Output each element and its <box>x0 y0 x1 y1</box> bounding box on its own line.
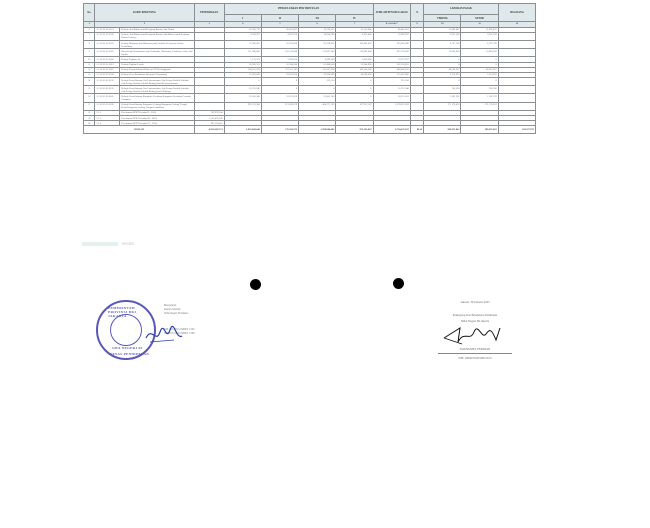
header-pengeluaran-triwulan: PENGELUARAN PER TRIWULAN <box>224 4 373 15</box>
cell-persen <box>410 32 423 40</box>
total-setor: 289,471,863 <box>461 126 498 133</box>
cell-persen <box>410 78 423 86</box>
cell-penerimaan <box>194 40 224 48</box>
cell-t1: 16,235,940 <box>224 86 261 94</box>
cell-penerimaan <box>194 86 224 94</box>
row-number: 7 <box>84 32 95 40</box>
kode-rekening: 5.1.02.01.01.0036 <box>95 32 120 40</box>
header-kode-rekening: KODE REKENING <box>95 4 194 22</box>
cell-t3: 404,271,136 <box>299 102 336 110</box>
header-setor: SETOR <box>461 15 498 22</box>
header-triwulan-2: II <box>261 15 298 22</box>
realisasi-table: No. KODE REKENING PENERIMAAN PENGELUARAN… <box>83 3 536 134</box>
signer-role: Pemegang Kas Bendahara Pembantu <box>430 313 520 317</box>
row-number: 16 <box>84 94 95 102</box>
footer-date: 30.01.2025 <box>122 243 134 246</box>
cell-t2: 0 <box>261 78 298 86</box>
cell-t4: 0 <box>336 86 373 94</box>
kode-rekening: 5.1.02.02.01.0003 <box>95 49 120 57</box>
cell-setor: 8,797,198 <box>461 40 498 48</box>
signer-school: SMA Negeri 69 Jakarta <box>430 319 520 323</box>
header-triwulan-3: III <box>299 15 336 22</box>
punch-hole-right <box>393 278 404 289</box>
table-row: 75.1.02.01.01.0036Belanja Alat/Bahan unt… <box>84 32 536 40</box>
cell-t1: 111,640,000 <box>224 49 261 57</box>
total-persen: 96.26 <box>410 126 423 133</box>
cell-t4: 0 <box>336 78 373 86</box>
cell-sisa <box>498 86 535 94</box>
kode-rekening: 5.1.02.05.02.0405 <box>95 94 120 102</box>
cell-t4: 210,982,000 <box>336 49 373 57</box>
cell-t2: 41,796,090 <box>261 40 298 48</box>
cell-sisa <box>498 102 535 110</box>
cell-t1: 22,841,300 <box>224 94 261 102</box>
document-page: No. KODE REKENING PENERIMAAN PENGELUARAN… <box>0 0 650 528</box>
cell-setor: 0 <box>461 78 498 86</box>
uraian: Belanja Pemeliharaan Alat Laboratorium-A… <box>120 86 194 94</box>
cell-jumlah: 16,235,940 <box>373 86 410 94</box>
uraian: Belanja Pemeliharaan Bangunan Gedung-Ban… <box>120 102 194 110</box>
cell-t3: 93,278,895 <box>299 40 336 48</box>
total-penerimaan: 4,914,382,721 <box>194 126 224 133</box>
cell-penerimaan <box>194 94 224 102</box>
cell-t2: 4,023,970 <box>261 32 298 40</box>
cell-jumlah: 1,678,612,302 <box>373 102 410 110</box>
uraian: Belanja Pemeliharaan Alat Laboratorium-A… <box>120 78 194 86</box>
cell-t1: 993,332,960 <box>224 102 261 110</box>
cell-sisa <box>498 94 535 102</box>
signature-block-left: PEMERINTAH PROVINSI DKI JAKARTA SMA NEGE… <box>96 292 216 372</box>
header-sisa-dana: SISA DANA <box>498 4 535 22</box>
signature-left-icon <box>144 322 184 348</box>
cell-sisa <box>498 78 535 86</box>
cell-jumlah: 632,729,200 <box>373 49 410 57</box>
cell-t2: 103,210,000 <box>261 49 298 57</box>
signature-right-icon <box>440 324 510 346</box>
cell-sisa <box>498 49 535 57</box>
header-terima: TERIMA <box>424 15 461 22</box>
cell-jumlah: 325,650 <box>373 78 410 86</box>
cell-t2: 113,096,079 <box>261 102 298 110</box>
row-number: 8 <box>84 40 95 48</box>
table-body: 65.1.02.01.01.0031Belanja Alat/Bahan unt… <box>84 27 536 126</box>
table-row: 145.1.02.05.02.0216Belanja Pemeliharaan … <box>84 78 536 86</box>
total-t2: 735,356,573 <box>261 126 298 133</box>
cell-t3: 10,628,290 <box>299 32 336 40</box>
uraian: Honorarium Narasumber atau Pembahas, Mod… <box>120 49 194 57</box>
cell-t2: 0 <box>261 86 298 94</box>
cell-terima: 706,590 <box>424 86 461 94</box>
header-triwulan-4: IV <box>336 15 373 22</box>
cell-setor: 13,066,650 <box>461 49 498 57</box>
cell-persen <box>410 40 423 48</box>
uraian: Belanja Alat/Bahan untuk Kegiatan Kantor… <box>120 32 194 40</box>
cell-penerimaan <box>194 49 224 57</box>
cell-penerimaan <box>194 78 224 86</box>
cell-t4: 167,912,122 <box>336 102 373 110</box>
total-row: JUMLAH 4,914,382,721 1,833,049,040 735,3… <box>84 126 536 133</box>
total-t4: 973,163,847 <box>336 126 373 133</box>
total-sisa: 183,527,973 <box>498 126 535 133</box>
cell-sisa <box>498 40 535 48</box>
cell-t3: 22,801,300 <box>299 94 336 102</box>
total-terima: 289,471,863 <box>424 126 461 133</box>
cell-t4: 8,995,440 <box>336 32 373 40</box>
cell-t4: 100,882,095 <box>336 40 373 48</box>
cell-setor: 3,932,109 <box>461 32 498 40</box>
punch-hole-left <box>250 279 261 290</box>
cell-t4: 0 <box>336 94 373 102</box>
header-jumlah-pengeluaran: JUMLAH PENGELUARAN <box>373 4 410 22</box>
cell-t3: 176,897,200 <box>299 49 336 57</box>
row-number: 17 <box>84 102 95 110</box>
cell-t3: 325,650 <box>299 78 336 86</box>
signature-block-right: Jakarta, 30 Januari 2025 Pemegang Kas Be… <box>430 300 520 361</box>
cell-t1: 0 <box>224 78 261 86</box>
cell-terima: 13,066,650 <box>424 49 461 57</box>
footer-note: 30.01.2025 <box>82 242 134 246</box>
place-date: Jakarta, 30 Januari 2025 <box>430 300 520 304</box>
header-persen: % <box>410 4 423 22</box>
cell-persen <box>410 49 423 57</box>
cell-terima: 1,302,592 <box>424 94 461 102</box>
cell-terima: 0 <box>424 78 461 86</box>
cell-terima: 8,797,198 <box>424 40 461 48</box>
kode-rekening: 5.1.02.05.02.0216 <box>95 78 120 86</box>
cell-terima: 171,170,652 <box>424 102 461 110</box>
cell-jumlah: 293,863,980 <box>373 40 410 48</box>
row-number: 9 <box>84 49 95 57</box>
header-triwulan-1: I <box>224 15 261 22</box>
cell-persen <box>410 94 423 102</box>
table-row: 155.1.02.05.02.0218Belanja Pemeliharaan … <box>84 86 536 94</box>
kode-rekening: 5.1.02.05.02.0218 <box>95 86 120 94</box>
cell-sisa <box>498 32 535 40</box>
cell-penerimaan <box>194 102 224 110</box>
cell-persen <box>410 102 423 110</box>
signer-name: NATHANIEL FERDIAN <box>430 347 520 351</box>
signer-nip: NIP. 199307042019021013 <box>430 356 520 360</box>
uraian: Belanja Pemeliharaan Komputer-Peralatan … <box>120 94 194 102</box>
total-jumlah: 4,730,437,637 <box>373 126 410 133</box>
cell-setor: 706,590 <box>461 86 498 94</box>
blurred-text <box>82 242 118 246</box>
table-row: 165.1.02.05.02.0405Belanja Pemeliharaan … <box>84 94 536 102</box>
cell-setor: 1,302,592 <box>461 94 498 102</box>
cell-t1: 9,249,297 <box>224 32 261 40</box>
cell-setor: 171,170,652 <box>461 102 498 110</box>
table-row: 175.1.02.05.03.0030Belanja Pemeliharaan … <box>84 102 536 110</box>
total-label: JUMLAH <box>84 126 195 133</box>
uraian: Belanja Makanan dan Minuman pada Fasilit… <box>120 40 194 48</box>
total-t3: 1,599,080,083 <box>299 126 336 133</box>
cell-jumlah: 58,513,616 <box>373 94 410 102</box>
header-penerimaan: PENERIMAAN <box>194 4 224 22</box>
header-no: No. <box>84 4 95 22</box>
cell-penerimaan <box>194 32 224 40</box>
cell-jumlah: 32,896,997 <box>373 32 410 40</box>
row-number: 14 <box>84 78 95 86</box>
cell-t2: 12,871,016 <box>261 94 298 102</box>
header-laporan-pajak: LAPORAN PAJAK <box>424 4 498 15</box>
row-number: 15 <box>84 86 95 94</box>
cell-persen <box>410 86 423 94</box>
cell-t3: 0 <box>299 86 336 94</box>
cell-t1: 57,906,895 <box>224 40 261 48</box>
kode-rekening: 5.1.02.01.01.0055 <box>95 40 120 48</box>
total-t1: 1,833,049,040 <box>224 126 261 133</box>
table-row: 85.1.02.01.01.0055Belanja Makanan dan Mi… <box>84 40 536 48</box>
cell-terima: 3,932,109 <box>424 32 461 40</box>
kode-rekening: 5.1.02.05.03.0030 <box>95 102 120 110</box>
table-row: 95.1.02.02.01.0003Honorarium Narasumber … <box>84 49 536 57</box>
